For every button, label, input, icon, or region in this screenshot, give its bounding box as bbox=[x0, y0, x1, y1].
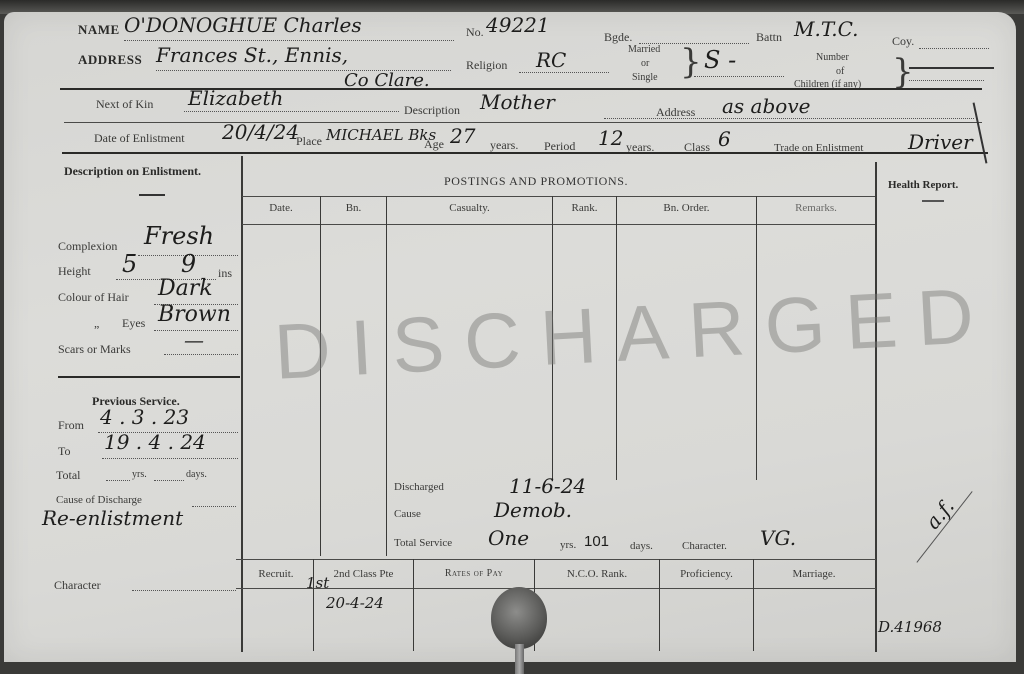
religion-label: Religion bbox=[466, 58, 507, 73]
bottom-table-header-rule bbox=[236, 588, 876, 589]
hair-label: Colour of Hair bbox=[58, 290, 129, 305]
mounting-pin bbox=[491, 587, 547, 649]
right-divider bbox=[875, 162, 877, 652]
postings-title-rule bbox=[242, 196, 875, 197]
total-service-years: One bbox=[488, 526, 529, 550]
height-label: Height bbox=[58, 264, 91, 279]
brigade-label: Bgde. bbox=[604, 30, 632, 45]
children-bracket: } bbox=[892, 52, 914, 92]
children-label-2: of bbox=[836, 66, 844, 77]
col-header-date: Date. bbox=[242, 202, 320, 214]
scars-dotted-line bbox=[164, 354, 238, 355]
cause-of-discharge-value: Re-enlistment bbox=[42, 506, 183, 530]
total-label: Total bbox=[56, 468, 81, 483]
col-header-recruit: Recruit. bbox=[240, 568, 312, 580]
discharge-cause-label: Cause bbox=[394, 508, 421, 520]
married-label-3: Single bbox=[632, 72, 658, 83]
battalion-label: Battn bbox=[756, 30, 782, 45]
eyes-value: Brown bbox=[158, 302, 231, 327]
number-label: No. bbox=[466, 25, 484, 40]
place-label: Place bbox=[296, 134, 322, 149]
name-value: O'DONOGHUE Charles bbox=[124, 13, 362, 37]
next-of-kin-value: Elizabeth bbox=[188, 86, 283, 110]
battalion-value: M.T.C. bbox=[794, 17, 859, 41]
total-yrs-dotted-line bbox=[106, 480, 130, 481]
complexion-value: Fresh bbox=[144, 222, 214, 250]
character-dotted-line bbox=[132, 590, 236, 591]
eyes-label: Eyes bbox=[122, 316, 145, 331]
children-dash bbox=[909, 67, 994, 69]
height-value: 5 9 bbox=[122, 250, 214, 278]
married-label-2: or bbox=[641, 58, 649, 69]
kin-address-value: as above bbox=[722, 94, 810, 118]
postings-title: POSTINGS AND PROMOTIONS. bbox=[444, 174, 628, 189]
col-header-bn: Bn. bbox=[321, 202, 386, 214]
class-date: 20-4-24 bbox=[326, 594, 384, 612]
address-value: Frances St., Ennis, bbox=[156, 43, 348, 67]
health-title-underline bbox=[922, 200, 944, 202]
kin-description-value: Mother bbox=[480, 90, 555, 114]
children-label-1: Number bbox=[816, 52, 849, 63]
col-header-bn-order: Bn. Order. bbox=[617, 202, 756, 214]
total-service-yrs-label: yrs. bbox=[560, 539, 576, 551]
reference-number: D.41968 bbox=[878, 618, 942, 636]
eyes-ditto: „ bbox=[94, 316, 99, 331]
period-value: 12 bbox=[598, 126, 623, 150]
class-value: 6 bbox=[718, 127, 731, 151]
kin-address-dotted-line bbox=[604, 118, 974, 119]
header-rule-3 bbox=[62, 152, 988, 154]
place-value: MICHAEL Bks bbox=[326, 126, 436, 144]
enlistment-date-value: 20/4/24 bbox=[222, 120, 299, 144]
to-value: 19 . 4 . 24 bbox=[104, 430, 206, 454]
service-record-card: NAME O'DONOGHUE Charles No. 49221 Bgde. … bbox=[4, 12, 1016, 662]
kin-description-label: Description bbox=[404, 103, 460, 118]
scars-label: Scars or Marks bbox=[58, 342, 131, 357]
scars-value: — bbox=[184, 328, 204, 352]
age-unit: years. bbox=[490, 138, 518, 153]
col-header-casualty: Casualty. bbox=[387, 202, 552, 214]
discharged-stamp: DISCHARGED bbox=[272, 269, 996, 398]
height-unit: ins bbox=[218, 266, 232, 281]
religion-value: RC bbox=[536, 48, 566, 72]
total-service-label: Total Service bbox=[394, 537, 452, 549]
col-header-marriage: Marriage. bbox=[754, 568, 874, 580]
class-correction: 1st bbox=[306, 574, 329, 592]
from-value: 4 . 3 . 23 bbox=[100, 405, 189, 429]
total-service-days-label: days. bbox=[630, 540, 653, 552]
col-header-remarks: Remarks. bbox=[757, 202, 875, 214]
cause-of-discharge-label: Cause of Discharge bbox=[56, 494, 142, 506]
name-label: NAME bbox=[78, 22, 120, 38]
hair-value: Dark bbox=[158, 276, 213, 301]
total-days-label: days. bbox=[186, 469, 207, 480]
number-value: 49221 bbox=[486, 13, 550, 37]
postings-header-rule bbox=[242, 224, 875, 225]
col-header-nco-rank: N.C.O. Rank. bbox=[535, 568, 659, 580]
bottom-table-top-rule bbox=[236, 559, 876, 560]
description-rule bbox=[58, 376, 240, 378]
ink-stroke bbox=[973, 102, 988, 163]
discharge-character-value: VG. bbox=[760, 526, 796, 550]
complexion-label: Complexion bbox=[58, 239, 117, 254]
address-label: ADDRESS bbox=[78, 52, 142, 68]
mounting-pin-stem bbox=[515, 644, 524, 667]
name-dotted-line bbox=[124, 40, 454, 41]
header-rule-2 bbox=[64, 122, 982, 123]
health-report-title: Health Report. bbox=[888, 179, 958, 191]
children-dotted-line bbox=[909, 80, 984, 81]
discharge-cause-value: Demob. bbox=[494, 498, 572, 522]
next-of-kin-label: Next of Kin bbox=[96, 97, 153, 112]
trade-value: Driver bbox=[908, 130, 973, 154]
married-label-1: Married bbox=[628, 44, 660, 55]
total-service-days: 101 bbox=[584, 533, 609, 550]
col-header-rank: Rank. bbox=[553, 202, 616, 214]
cause-dotted-line bbox=[192, 506, 236, 507]
col-header-proficiency: Proficiency. bbox=[660, 568, 753, 580]
kin-dotted-line bbox=[184, 111, 399, 112]
description-title-underline bbox=[139, 194, 165, 196]
character-label: Character bbox=[54, 578, 101, 593]
total-yrs-label: yrs. bbox=[132, 469, 147, 480]
enlistment-date-label: Date of Enlistment bbox=[94, 131, 185, 146]
discharged-label: Discharged bbox=[394, 481, 444, 493]
description-title: Description on Enlistment. bbox=[64, 164, 201, 179]
to-label: To bbox=[58, 444, 71, 459]
discharged-value: 11-6-24 bbox=[509, 474, 586, 498]
total-days-dotted-line bbox=[154, 480, 184, 481]
from-label: From bbox=[58, 418, 84, 433]
marital-dotted-line bbox=[694, 76, 784, 77]
company-label: Coy. bbox=[892, 34, 914, 49]
discharge-character-label: Character. bbox=[682, 540, 727, 552]
marital-status-value: S - bbox=[704, 46, 736, 74]
col-header-rates-of-pay: Rates of Pay bbox=[414, 568, 534, 579]
age-value: 27 bbox=[450, 124, 475, 148]
religion-dotted-line bbox=[519, 72, 609, 73]
company-dotted-line bbox=[919, 48, 989, 49]
age-label: Age bbox=[424, 137, 444, 152]
to-dotted-line bbox=[102, 458, 238, 459]
